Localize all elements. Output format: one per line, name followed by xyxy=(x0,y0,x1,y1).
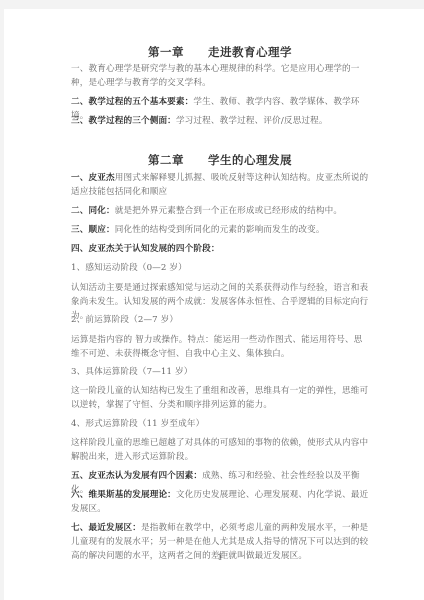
document-page: 第一章 走进教育心理学 一、教育心理学是研究学与教的基本心理规律的科学。它是应用… xyxy=(4,9,424,600)
paragraph: 三、教学过程的三个侧面：学习过程、教学过程、评价/反思过程。 xyxy=(71,114,369,128)
paragraph: 六、维果斯基的发展理论：文化历史发展理论、心理发展观、内化学说、最近发展区。 xyxy=(71,488,369,516)
paragraph: 这一阶段儿童的认知结构已发生了重组和改善，思维具有一定的弹性，思维可以逆转，掌握… xyxy=(71,384,369,412)
section-heading: 四、皮亚杰关于认知发展的四个阶段： xyxy=(71,242,369,256)
paragraph: 一、教育心理学是研究学与教的基本心理规律的科学。它是应用心理学的一种，是心理学与… xyxy=(71,62,369,90)
paragraph: 这样阶段儿童的思维已超越了对具体的可感知的事物的依赖，使形式从内容中解脱出来，进… xyxy=(71,436,369,464)
chapter-1-title: 第一章 走进教育心理学 xyxy=(71,44,369,60)
paragraph: 三、顺应：同化性的结构受到所同化的元素的影响而发生的改变。 xyxy=(71,223,369,237)
stage-heading: 3、具体运算阶段（7—11 岁） xyxy=(71,365,369,379)
paragraph: 二、同化：就是把外界元素整合到一个正在形成或已经形成的结构中。 xyxy=(71,204,369,218)
paragraph: 运算是指内容的 智力或操作。特点：能运用一些动作图式、能运用符号、思维不可逆、未… xyxy=(71,333,369,361)
paragraph: 一、皮亚杰用图式来解释婴儿抓握、吸吮反射等这种认知结构。皮亚杰所说的适应技能包括… xyxy=(71,171,369,199)
stage-heading: 1、感知运动阶段（0—2 岁） xyxy=(71,261,369,275)
stage-heading: 2、前运算阶段（2—7 岁） xyxy=(71,313,369,327)
chapter-2-title: 第二章 学生的心理发展 xyxy=(71,152,369,168)
stage-heading: 4、形式运算阶段（11 岁至成年） xyxy=(71,417,369,431)
page-number: 1 xyxy=(71,553,369,562)
